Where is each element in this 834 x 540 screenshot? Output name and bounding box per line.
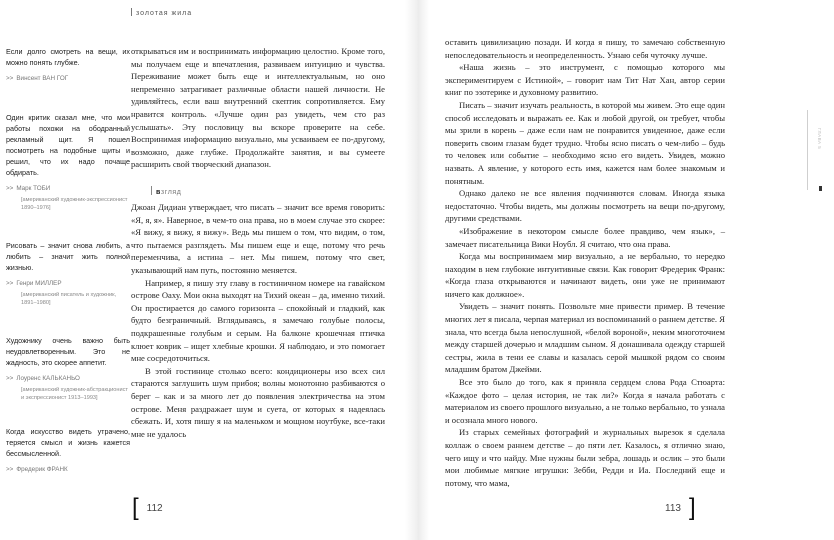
paragraph: Джоан Дидиан утверждает, что писать – зн… [131,201,385,277]
quote-text: Рисовать – значит снова любить, а любить… [6,240,130,273]
paragraph: «Наша жизнь – это инструмент, с помощью … [445,61,725,99]
side-tab-line [807,110,808,190]
sidebar-quotes: Если долго смотреть на вещи, их можно по… [6,46,130,495]
folio-bracket: ] [689,494,696,521]
quote-text: Художнику очень важно быть неудовлетворе… [6,335,130,368]
paragraph: оставить цивилизацию позади. И когда я п… [445,36,725,61]
book-spread: золотая жила Если долго смотреть на вещи… [0,0,834,540]
sidebar-quote: Если долго смотреть на вещи, их можно по… [6,46,130,82]
quote-author: >>Марк ТОБИ [6,185,130,192]
side-tab-mark [819,186,822,191]
quote-note: [американский писатель и художник, 1891–… [21,291,130,307]
quote-note: [американский художник-абстракционист и … [21,386,130,402]
quote-text: Один критик сказал мне, что мои работы п… [6,112,130,178]
paragraph: открываться им и воспринимать информацию… [131,45,385,171]
quote-author: >>Генри МИЛЛЕР [6,280,130,287]
quote-author: >>Фредерик ФРАНК [6,466,130,473]
paragraph: Однако далеко не все явления подчиняются… [445,187,725,225]
paragraph: Когда мы воспринимаем мир визуально, а н… [445,250,725,300]
page-number-left: [112 [132,494,163,522]
paragraph: Например, я пишу эту главу в гостиничном… [131,277,385,365]
quote-author: >>Винсент ВАН ГОГ [6,75,130,82]
section-heading: взгляд [151,186,181,196]
paragraph: Писать – значит изучать реальность, в ко… [445,99,725,187]
left-body-text: Джоан Дидиан утверждает, что писать – зн… [131,201,385,440]
page-number-right: 113] [665,494,696,522]
quote-author: >>Лоуренс КАЛЬКАНЬО [6,375,130,382]
left-intro-text: открываться им и воспринимать информацию… [131,45,385,171]
quote-text: Когда искусство видеть утрачено, теряетс… [6,426,130,459]
folio-bracket: [ [132,494,139,521]
section-heading-bar [151,186,152,195]
paragraph: Все это было до того, как я приняла серд… [445,376,725,426]
running-head: золотая жила [131,8,192,17]
quote-text: Если долго смотреть на вещи, их можно по… [6,46,130,68]
sidebar-quote: Художнику очень важно быть неудовлетворе… [6,335,130,402]
quote-note: [американский художник-экспрессионист 18… [21,196,130,212]
left-page: золотая жила Если долго смотреть на вещи… [0,0,417,540]
running-head-bar [131,8,132,16]
side-tab-label: ГЛАВА 5 [817,128,822,149]
chapter-side-tab: ГЛАВА 5 [805,110,825,200]
paragraph: Из старых семейных фотографий и журнальн… [445,426,725,489]
paragraph: Увидеть – значит понять. Позвольте мне п… [445,300,725,376]
sidebar-quote: Один критик сказал мне, что мои работы п… [6,112,130,212]
running-head-text: золотая жила [136,10,192,17]
sidebar-quote: Рисовать – значит снова любить, а любить… [6,240,130,307]
sidebar-quote: Когда искусство видеть утрачено, теряетс… [6,426,130,473]
paragraph: В этой гостинице столько всего: кондицио… [131,365,385,441]
paragraph: «Изображение в некотором смысле более пр… [445,225,725,250]
right-body-text: оставить цивилизацию позади. И когда я п… [445,36,725,489]
